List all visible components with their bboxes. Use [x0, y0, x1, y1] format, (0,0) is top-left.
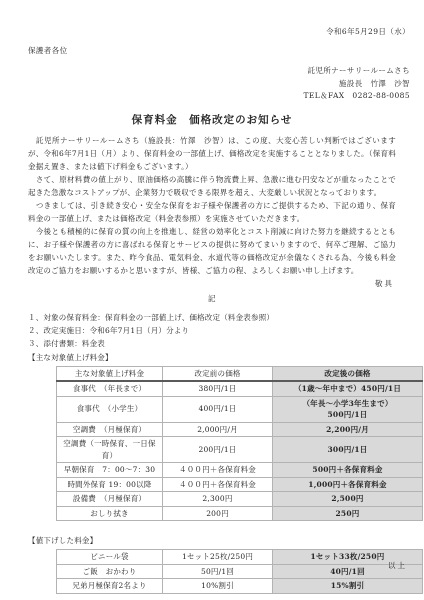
table-row: おしり拭き 200円 250円 — [57, 506, 423, 521]
decrease-fee-table: ビニール袋 1セット25枚/250円 1セット33枚/250円 ご飯 おかわり … — [56, 549, 423, 594]
fee-after: 1,000円＋各保育料金 — [273, 477, 423, 492]
increase-fee-table: 主な対象値上げ料金 改定前の価格 改定後の価格 食事代 （年長まで） 380円/… — [56, 366, 423, 522]
paragraph-commitment: 今後とも積極的に保育の質の向上を推進し、経営の効率化とコスト削減に向けた努力を継… — [28, 225, 396, 277]
table-row: 兄弟月極保育2名より 10%割引 15%割引 — [57, 579, 423, 594]
column-header-after: 改定後の価格 — [273, 366, 423, 381]
fee-after: 2,200円/月 — [273, 422, 423, 437]
fee-before: 10%割引 — [163, 579, 273, 594]
table-row: 空調費 （月極保育） 2,000円/月 2,200円/月 — [57, 422, 423, 437]
record-marker: 記 — [0, 293, 424, 304]
fee-before: 200円 — [163, 506, 273, 521]
notice-document: 令和6年5月29日（水） 保護者各位 託児所ナーサリールームさち 施設長 竹澤 … — [0, 0, 424, 600]
table-row: 食事代 （小学生） 400円/1日 （年長～小学3年生まで） 500円/1日 — [57, 396, 423, 422]
fee-after: （年長～小学3年生まで） 500円/1日 — [273, 396, 423, 422]
paragraph-intro: 託児所ナーサリールームさち（施設長：竹澤 沙智）は、この度、大変心苦しい判断では… — [28, 134, 396, 173]
table-row: 空調費（一時保育、一日保育） 200円/1日 300円/1日 — [57, 437, 423, 463]
fee-item: 設備費 （月極保育） — [57, 492, 163, 507]
fee-after: （1歳～年中まで）450円/1日 — [273, 381, 423, 396]
fee-after: 500円＋各保育料金 — [273, 463, 423, 478]
addressee: 保護者各位 — [28, 45, 424, 56]
fee-item: 空調費（一時保育、一日保育） — [57, 437, 163, 463]
column-header-before: 改定前の価格 — [163, 366, 273, 381]
notice-items: １、対象の保育料金：保育料金の一部値上げ、価格改定（料金表参照） ２、改定実施日… — [28, 311, 396, 350]
document-date: 令和6年5月29日（水） — [0, 0, 410, 37]
fee-before: 400円/1日 — [163, 396, 273, 422]
fee-after: 15%割引 — [273, 579, 423, 594]
list-item-effective-date: ２、改定実施日：令和6年7月1日（月）分より — [28, 324, 396, 337]
paragraph-decision: つきましては、引き続き安心・安全な保育をお子様や保護者の方にご提供するため、下記… — [28, 199, 396, 225]
table-row: ご飯 おかわり 50円/1回 40円/1回 — [57, 564, 423, 579]
closing-keigu: 敬具 — [0, 278, 394, 289]
decrease-section: 【値下げした料金】 ビニール袋 1セット25枚/250円 1セット33枚/250… — [0, 534, 424, 594]
fee-before: 1セット25枚/250円 — [163, 550, 273, 565]
increase-table-heading: 【主な対象値上げ料金】 — [28, 351, 424, 364]
fee-after: 250円 — [273, 506, 423, 521]
table-row: 早朝保育 7：00～7：30 ４００円＋各保育料金 500円＋各保育料金 — [57, 463, 423, 478]
paragraph-reason: さて、原材料費の値上がり、原油価格の高騰に伴う物流費上昇、急激に進む円安などが重… — [28, 173, 396, 199]
sender-block: 託児所ナーサリールームさち 施設長 竹澤 沙智 TEL＆FAX 0282-88-… — [0, 65, 410, 103]
fee-item: ご飯 おかわり — [57, 564, 163, 579]
fee-before: 2,300円 — [163, 492, 273, 507]
fee-item: 食事代 （年長まで） — [57, 381, 163, 396]
list-item-target-fees: １、対象の保育料金：保育料金の一部値上げ、価格改定（料金表参照） — [28, 311, 396, 324]
fee-before: ４００円＋各保育料金 — [163, 463, 273, 478]
fee-item: 兄弟月極保育2名より — [57, 579, 163, 594]
fee-item: ビニール袋 — [57, 550, 163, 565]
table-row: 設備費 （月極保育） 2,300円 2,500円 — [57, 492, 423, 507]
table-row: 時間外保育 19：00以降 ４００円＋各保育料金 1,000円＋各保育料金 — [57, 477, 423, 492]
sender-facility-name: 託児所ナーサリールームさち — [0, 65, 410, 78]
column-header-item: 主な対象値上げ料金 — [57, 366, 163, 381]
closing-ijou: 以上 — [388, 560, 407, 571]
list-item-attachment: ３、添付書類：料金表 — [28, 337, 396, 350]
fee-before: 200円/1日 — [163, 437, 273, 463]
fee-item: 空調費 （月極保育） — [57, 422, 163, 437]
sender-director-name: 施設長 竹澤 沙智 — [0, 78, 410, 91]
sender-tel-fax: TEL＆FAX 0282-88-0085 — [0, 90, 410, 103]
fee-after: 300円/1日 — [273, 437, 423, 463]
fee-before: ４００円＋各保育料金 — [163, 477, 273, 492]
fee-before: 2,000円/月 — [163, 422, 273, 437]
table-header-row: 主な対象値上げ料金 改定前の価格 改定後の価格 — [57, 366, 423, 381]
fee-item: 時間外保育 19：00以降 — [57, 477, 163, 492]
fee-item: 早朝保育 7：00～7：30 — [57, 463, 163, 478]
fee-after: 2,500円 — [273, 492, 423, 507]
body-text: 託児所ナーサリールームさち（施設長：竹澤 沙智）は、この度、大変心苦しい判断では… — [28, 134, 396, 277]
fee-item: 食事代 （小学生） — [57, 396, 163, 422]
page-title: 保育料金 価格改定のお知らせ — [0, 112, 424, 127]
table-row: 食事代 （年長まで） 380円/1日 （1歳～年中まで）450円/1日 — [57, 381, 423, 396]
fee-item: おしり拭き — [57, 506, 163, 521]
table-row: ビニール袋 1セット25枚/250円 1セット33枚/250円 — [57, 550, 423, 565]
fee-before: 380円/1日 — [163, 381, 273, 396]
decrease-table-heading: 【値下げした料金】 — [28, 534, 424, 547]
fee-before: 50円/1回 — [163, 564, 273, 579]
